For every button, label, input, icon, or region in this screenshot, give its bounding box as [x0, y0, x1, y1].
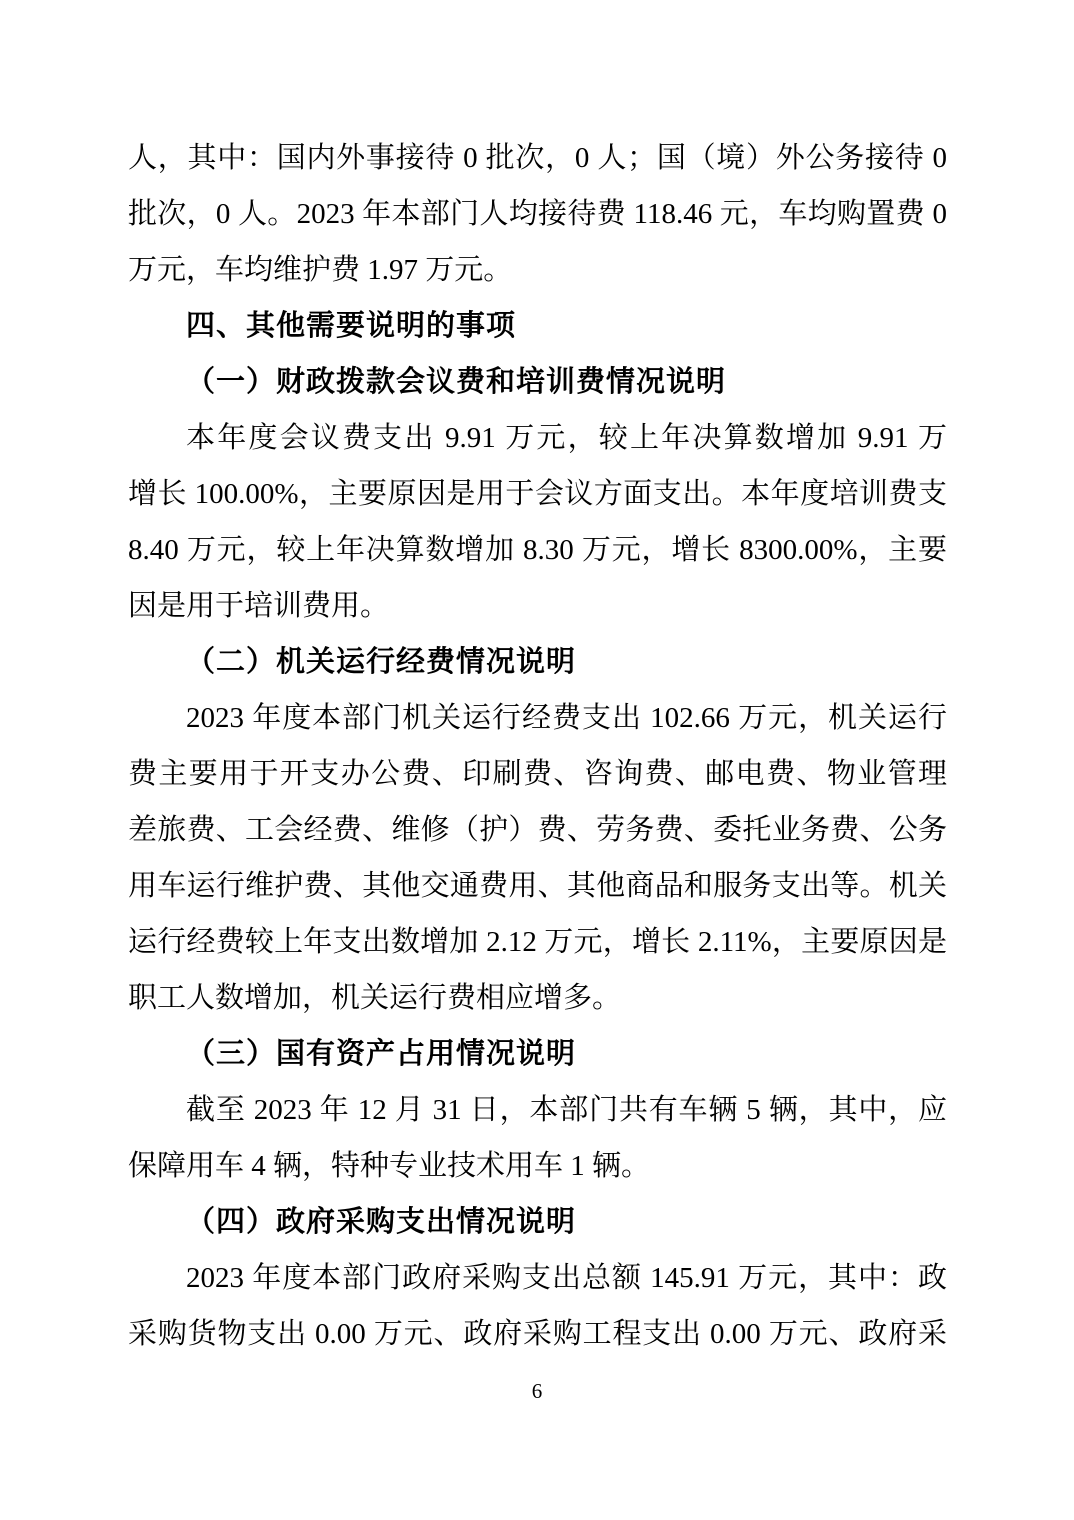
- body-line: 运行经费较上年支出数增加 2.12 万元，增长 2.11%，主要原因是: [128, 914, 947, 970]
- section-heading: 四、其他需要说明的事项: [128, 298, 947, 354]
- body-line: 万元，车均维护费 1.97 万元。: [128, 242, 947, 298]
- subsection-heading-3: （三）国有资产占用情况说明: [128, 1026, 947, 1082]
- body-line: 2023 年度本部门政府采购支出总额 145.91 万元，其中：政府: [128, 1250, 947, 1306]
- body-line: 差旅费、工会经费、维修（护）费、劳务费、委托业务费、公务: [128, 802, 947, 858]
- page-number: 6: [0, 1378, 1074, 1404]
- body-line: 因是用于培训费用。: [128, 578, 947, 634]
- body-line: 费主要用于开支办公费、印刷费、咨询费、邮电费、物业管理费、: [128, 746, 947, 802]
- body-line: 2023 年度本部门机关运行经费支出 102.66 万元，机关运行经: [128, 690, 947, 746]
- body-line: 保障用车 4 辆，特种专业技术用车 1 辆。: [128, 1138, 947, 1194]
- body-line: 用车运行维护费、其他交通费用、其他商品和服务支出等。机关: [128, 858, 947, 914]
- subsection-heading-2: （二）机关运行经费情况说明: [128, 634, 947, 690]
- document-body: 人，其中：国内外事接待 0 批次，0 人；国（境）外公务接待 0 批次，0 人。…: [128, 130, 947, 1362]
- subsection-heading-1: （一）财政拨款会议费和培训费情况说明: [128, 354, 947, 410]
- body-line: 截至 2023 年 12 月 31 日，本部门共有车辆 5 辆，其中，应急: [128, 1082, 947, 1138]
- body-line: 职工人数增加，机关运行费相应增多。: [128, 970, 947, 1026]
- body-line: 人，其中：国内外事接待 0 批次，0 人；国（境）外公务接待 0: [128, 130, 947, 186]
- body-line: 增长 100.00%，主要原因是用于会议方面支出。本年度培训费支出: [128, 466, 947, 522]
- body-line: 8.40 万元，较上年决算数增加 8.30 万元，增长 8300.00%，主要原: [128, 522, 947, 578]
- subsection-heading-4: （四）政府采购支出情况说明: [128, 1194, 947, 1250]
- body-line: 采购货物支出 0.00 万元、政府采购工程支出 0.00 万元、政府采购: [128, 1306, 947, 1362]
- body-line: 本年度会议费支出 9.91 万元，较上年决算数增加 9.91 万元，: [128, 410, 947, 466]
- body-line: 批次，0 人。2023 年本部门人均接待费 118.46 元，车均购置费 0: [128, 186, 947, 242]
- document-page: 人，其中：国内外事接待 0 批次，0 人；国（境）外公务接待 0 批次，0 人。…: [0, 0, 1074, 1520]
